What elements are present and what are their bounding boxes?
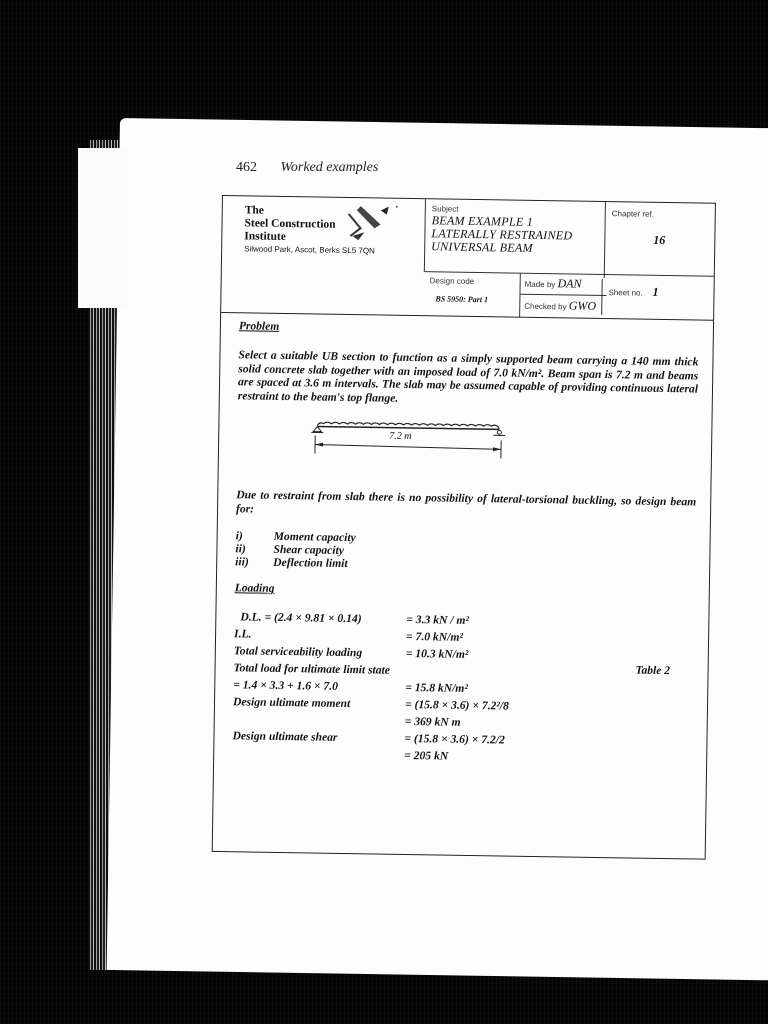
header-row-2: Design code BS 5950: Part 1 Made by DAN … bbox=[423, 271, 714, 321]
sheet-header: The Steel Construction Institute Silwood… bbox=[221, 196, 715, 321]
chapter-label: Chapter ref. bbox=[612, 209, 654, 219]
made-checked-cell: Made by DAN Checked by GWO bbox=[519, 274, 603, 319]
checked-by-value: GWO bbox=[569, 298, 597, 312]
sheet-label: Sheet no. bbox=[608, 288, 642, 298]
problem-heading: Problem bbox=[239, 320, 699, 339]
item-text: Deflection limit bbox=[273, 556, 348, 570]
chapter-value: 16 bbox=[653, 233, 665, 248]
chapter-cell: Chapter ref. 16 bbox=[604, 202, 716, 280]
beam-diagram: 7.2 m bbox=[309, 417, 510, 470]
item-number: i) bbox=[236, 529, 274, 543]
design-code-value: BS 5950: Part 1 bbox=[435, 294, 488, 304]
item-number: ii) bbox=[235, 542, 273, 556]
design-code-label: Design code bbox=[430, 276, 475, 286]
loading-heading: Loading bbox=[235, 582, 695, 601]
subject-cell: Subject BEAM EXAMPLE 1 LATERALLY RESTRAI… bbox=[424, 199, 606, 274]
subject-line: UNIVERSAL BEAM bbox=[431, 240, 572, 255]
problem-text: Select a suitable UB section to function… bbox=[238, 348, 699, 409]
loading-calculations: D.L. = (2.4 × 9.81 × 0.14)= 3.3 kN / m² … bbox=[232, 608, 694, 768]
sheet-value: 1 bbox=[652, 285, 658, 300]
page-number: 462 bbox=[236, 160, 257, 175]
institute-line: Institute bbox=[244, 230, 335, 244]
page-fold bbox=[78, 148, 128, 308]
item-text: Moment capacity bbox=[274, 530, 356, 544]
institute-address: Silwood Park, Ascot, Berks SL5 7QN bbox=[244, 244, 375, 255]
sheet-number-cell: Sheet no. 1 bbox=[601, 279, 715, 317]
simply-supported-beam-icon bbox=[309, 417, 510, 470]
checked-by-label: Checked by bbox=[524, 302, 566, 312]
running-head: 462 Worked examples bbox=[236, 160, 378, 176]
checked-by: Checked by GWO bbox=[520, 294, 606, 314]
made-by-value: DAN bbox=[557, 276, 581, 290]
subject-title: BEAM EXAMPLE 1 LATERALLY RESTRAINED UNIV… bbox=[431, 214, 573, 255]
made-by-label: Made by bbox=[525, 280, 556, 289]
design-checks-list: i)Moment capacity ii)Shear capacity iii)… bbox=[235, 529, 696, 575]
chapter-title: Worked examples bbox=[281, 160, 379, 175]
made-by: Made by DAN bbox=[525, 276, 582, 292]
calculation-sheet: The Steel Construction Institute Silwood… bbox=[212, 195, 716, 860]
subject-label: Subject bbox=[432, 204, 459, 213]
calc-left bbox=[232, 744, 404, 764]
calc-right: = 205 kN bbox=[404, 747, 692, 769]
institute-name: The Steel Construction Institute bbox=[244, 204, 336, 244]
item-number: iii) bbox=[235, 555, 273, 569]
sci-logo-icon bbox=[342, 202, 403, 243]
item-text: Shear capacity bbox=[273, 543, 344, 557]
design-code-cell: Design code BS 5950: Part 1 bbox=[423, 272, 520, 318]
span-label: 7.2 m bbox=[387, 431, 413, 442]
table-reference: Table 2 bbox=[635, 665, 670, 678]
sheet-body: Problem Select a suitable UB section to … bbox=[232, 320, 699, 768]
restraint-text: Due to restraint from slab there is no p… bbox=[236, 488, 696, 522]
